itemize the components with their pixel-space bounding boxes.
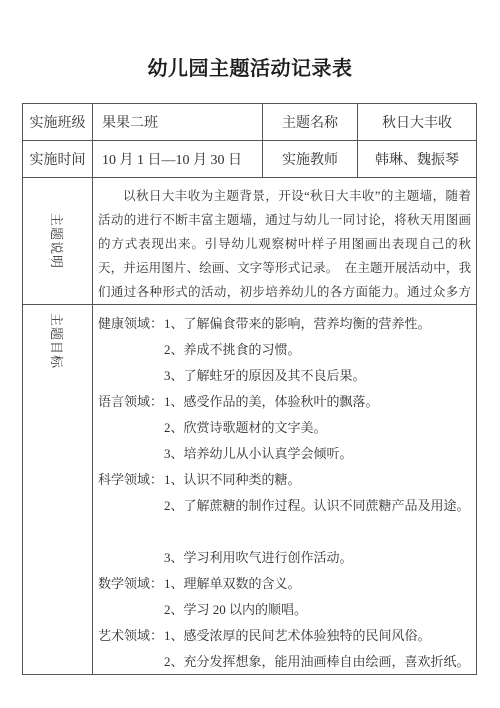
label-teacher: 实施教师 xyxy=(263,141,358,177)
goal-item-text: 2、欣赏诗歌题材的文字美。 xyxy=(164,415,474,441)
goal-line: 艺术领域： 1、感受浓厚的民间艺术体验独特的民间风俗。 xyxy=(98,623,474,649)
value-time: 10 月 1 日—10 月 30 日 xyxy=(93,141,263,177)
goal-area-label: 数学领域： xyxy=(98,571,164,597)
goal-item-text: 2、养成不挑食的习惯。 xyxy=(164,337,474,363)
goal-area-spacer xyxy=(98,415,164,441)
goal-line: 2、充分发挥想象，能用油画棒自由绘画，喜欢折纸。 xyxy=(98,649,474,674)
goal-item-text: 1、认识不同种类的糖。 xyxy=(164,467,474,493)
theme-description-header-label: 主题说明 xyxy=(48,213,67,269)
goal-line: 2、养成不挑食的习惯。 xyxy=(98,337,474,363)
goal-area-label: 艺术领域： xyxy=(98,623,164,649)
goal-area-spacer xyxy=(98,597,164,623)
table-row-time-teacher: 实施时间 10 月 1 日—10 月 30 日 实施教师 韩琳、魏振琴 xyxy=(23,141,476,178)
table-row-theme-goals: 主题目标 健康领域： 1、了解偏食带来的影响，营养均衡的营养性。 2、养成不挑食… xyxy=(23,305,476,674)
goal-area-label: 科学领域： xyxy=(98,467,164,493)
record-table: 实施班级 果果二班 主题名称 秋日大丰收 实施时间 10 月 1 日—10 月 … xyxy=(22,103,477,675)
goal-area-spacer xyxy=(98,545,164,571)
theme-description-cell: 以秋日大丰收为主题背景，开设“秋日大丰收”的主题墙，随着活动的进行不断丰富主题墙… xyxy=(93,178,476,304)
goal-item-text: 3、了解蛀牙的原因及其不良后果。 xyxy=(164,363,474,389)
goal-line: 3、了解蛀牙的原因及其不良后果。 xyxy=(98,363,474,389)
goal-item-text: 2、学习 20 以内的顺唱。 xyxy=(164,597,474,623)
theme-description-header: 主题说明 xyxy=(23,178,93,304)
theme-goals-cell: 健康领域： 1、了解偏食带来的影响，营养均衡的营养性。 2、养成不挑食的习惯。 … xyxy=(93,305,476,674)
value-teacher: 韩琳、魏振琴 xyxy=(358,141,476,177)
goal-line-blank xyxy=(98,519,474,545)
goal-line: 科学领域： 1、认识不同种类的糖。 xyxy=(98,467,474,493)
goal-item-text: 1、了解偏食带来的影响，营养均衡的营养性。 xyxy=(164,311,474,337)
theme-goals-header-label: 主题目标 xyxy=(48,313,67,369)
goal-area-spacer xyxy=(98,363,164,389)
table-row-theme-description: 主题说明 以秋日大丰收为主题背景，开设“秋日大丰收”的主题墙，随着活动的进行不断… xyxy=(23,178,476,305)
goal-line: 2、学习 20 以内的顺唱。 xyxy=(98,597,474,623)
goal-area-spacer xyxy=(98,493,164,519)
label-theme-name: 主题名称 xyxy=(263,104,358,140)
theme-goals-header: 主题目标 xyxy=(23,305,93,674)
goal-line: 2、了解蔗糖的制作过程。认识不同蔗糖产品及用途。 xyxy=(98,493,474,519)
goal-line: 2、欣赏诗歌题材的文字美。 xyxy=(98,415,474,441)
goal-area-spacer xyxy=(98,337,164,363)
page-title: 幼儿园主题活动记录表 xyxy=(0,0,500,81)
goal-item-text: 3、培养幼儿从小认真学会倾听。 xyxy=(164,441,474,467)
goal-item-text: 2、了解蔗糖的制作过程。认识不同蔗糖产品及用途。 xyxy=(164,493,474,519)
goal-area-label: 语言领域： xyxy=(98,389,164,415)
goal-area-spacer xyxy=(98,519,164,545)
value-theme-name: 秋日大丰收 xyxy=(358,104,476,140)
label-time: 实施时间 xyxy=(23,141,93,177)
value-class: 果果二班 xyxy=(93,104,263,140)
table-row-class-theme: 实施班级 果果二班 主题名称 秋日大丰收 xyxy=(23,104,476,141)
document-page: 幼儿园主题活动记录表 实施班级 果果二班 主题名称 秋日大丰收 实施时间 10 … xyxy=(0,0,500,708)
goal-line: 3、学习利用吹气进行创作活动。 xyxy=(98,545,474,571)
goal-area-label: 健康领域： xyxy=(98,311,164,337)
theme-description-text: 以秋日大丰收为主题背景，开设“秋日大丰收”的主题墙，随着活动的进行不断丰富主题墙… xyxy=(98,184,471,304)
goal-item-text: 1、感受作品的美，体验秋叶的飘落。 xyxy=(164,389,474,415)
label-class: 实施班级 xyxy=(23,104,93,140)
goal-line: 健康领域： 1、了解偏食带来的影响，营养均衡的营养性。 xyxy=(98,311,474,337)
goal-item-text xyxy=(164,519,474,545)
goal-item-text: 2、充分发挥想象，能用油画棒自由绘画，喜欢折纸。 xyxy=(164,649,474,674)
goal-line: 数学领域： 1、理解单双数的含义。 xyxy=(98,571,474,597)
goal-item-text: 1、感受浓厚的民间艺术体验独特的民间风俗。 xyxy=(164,623,474,649)
goal-line: 3、培养幼儿从小认真学会倾听。 xyxy=(98,441,474,467)
goal-item-text: 3、学习利用吹气进行创作活动。 xyxy=(164,545,474,571)
goal-item-text: 1、理解单双数的含义。 xyxy=(164,571,474,597)
goal-area-spacer xyxy=(98,649,164,674)
goal-area-spacer xyxy=(98,441,164,467)
goal-line: 语言领域： 1、感受作品的美，体验秋叶的飘落。 xyxy=(98,389,474,415)
